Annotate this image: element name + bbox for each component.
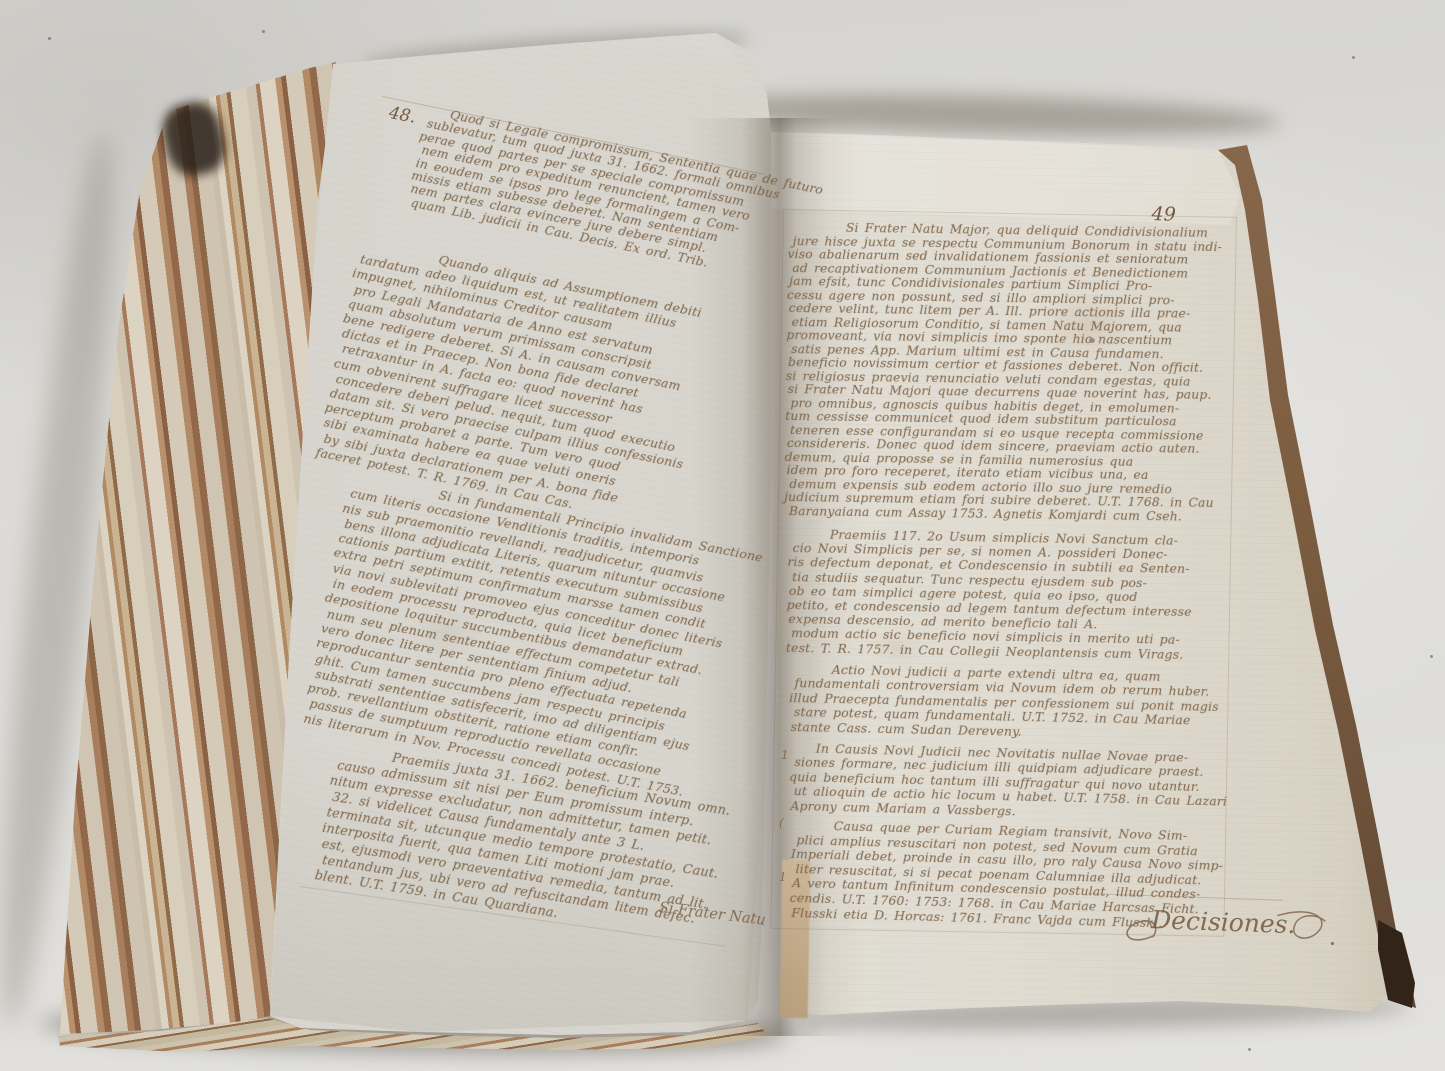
right-paragraph-1: Si Frater Natu Major, qua deliquid Condi… (786, 221, 1222, 524)
margin-mark: 1 (779, 870, 787, 884)
right-page-catchword: Decisiones. (1151, 905, 1296, 939)
dust-speck (48, 37, 51, 40)
dust-speck (1352, 56, 1355, 59)
dust-speck (1248, 1048, 1251, 1051)
right-paragraph-4: In Causis Novi Judicii nec Novitatis nul… (790, 741, 1228, 824)
dust-speck (1430, 655, 1433, 658)
photo-stage: 48. Quod si Legale compromissum, Sentent… (0, 0, 1445, 1071)
right-paragraph-2: Praemiis 117. 2o Usum simplicis Novi San… (788, 527, 1193, 662)
dust-speck (262, 30, 265, 33)
margin-mark: ( (779, 816, 784, 830)
right-paragraph-3: Actio Novi judicii a parte extendi ultra… (790, 662, 1219, 743)
margin-mark: 1 (781, 748, 789, 762)
right-page-number: 49 (1151, 203, 1176, 226)
